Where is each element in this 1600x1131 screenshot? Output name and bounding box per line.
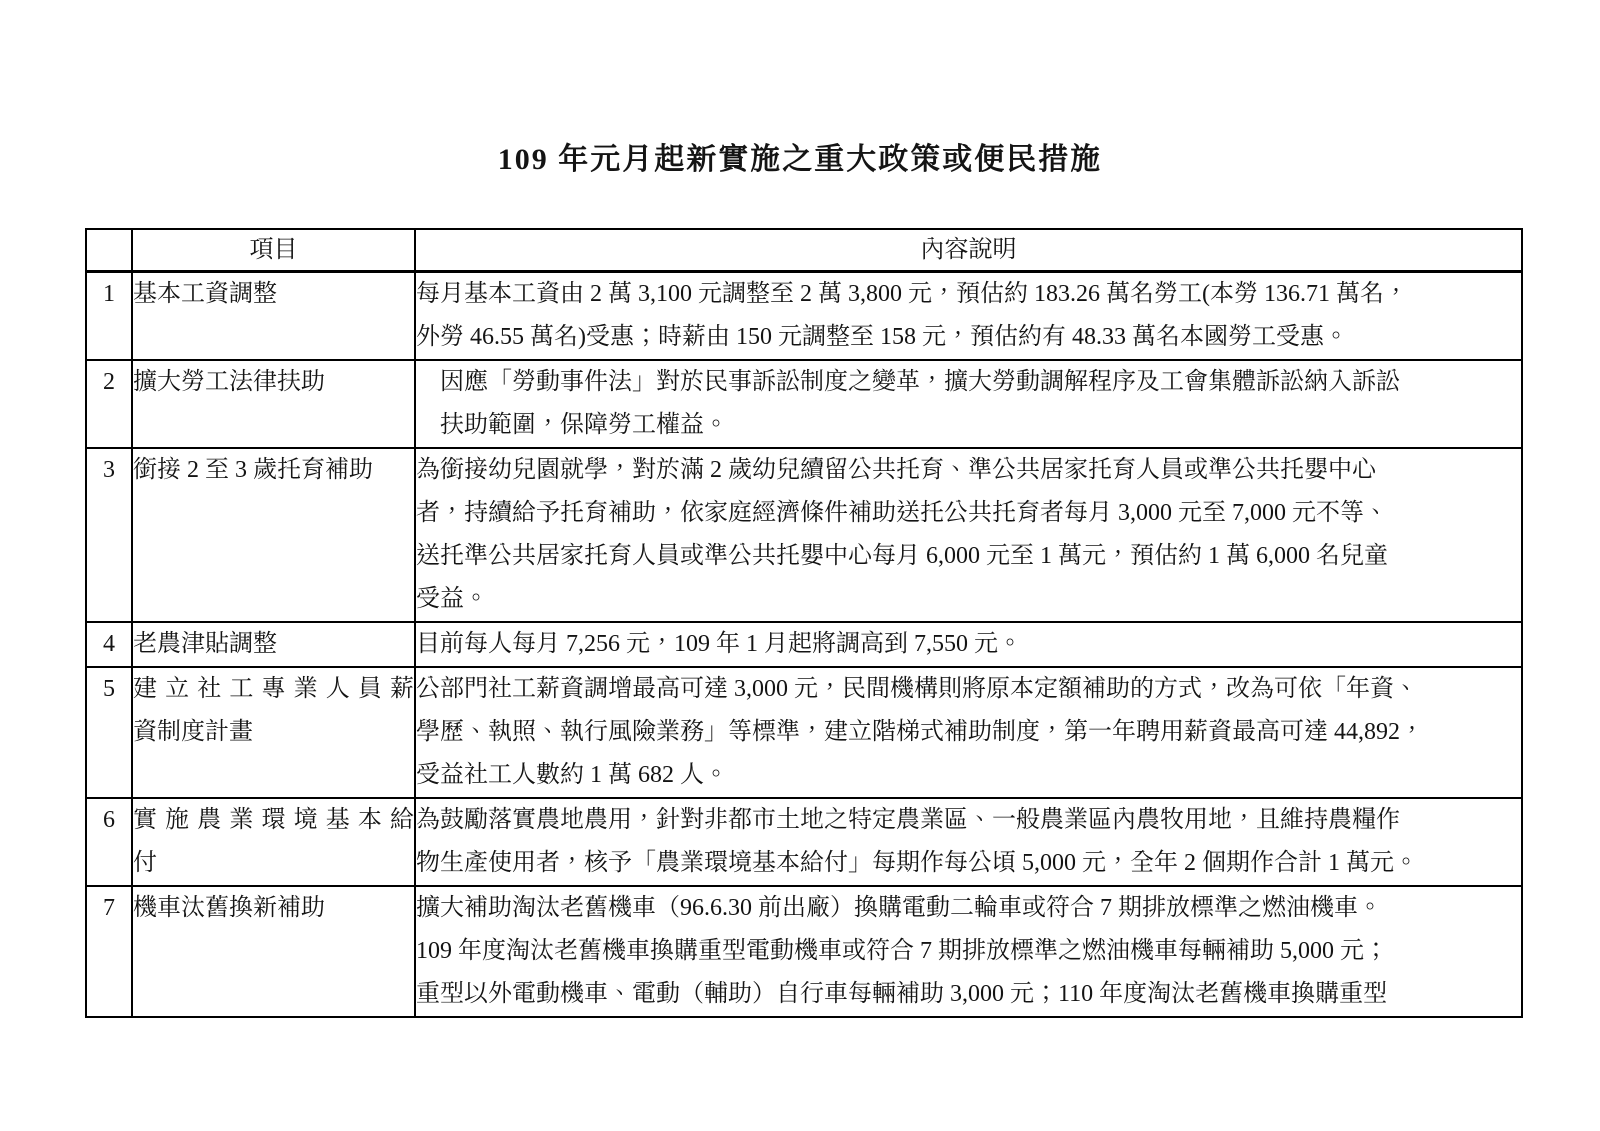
content-cell: 因應「勞動事件法」對於民事訴訟制度之變革，擴大勞動調解程序及工會集體訴訟納入訴訟…	[415, 360, 1522, 448]
item-line: 銜接 2 至 3 歲托育補助	[133, 449, 414, 492]
content-cell: 公部門社工薪資調增最高可達 3,000 元，民間機構則將原本定額補助的方式，改為…	[415, 667, 1522, 798]
policy-table: 項目 內容說明 1 基本工資調整 每月基本工資由 2 萬 3,100 元調整至 …	[85, 228, 1523, 1018]
content-line: 為銜接幼兒園就學，對於滿 2 歲幼兒續留公共托育、準公共居家托育人員或準公共托嬰…	[416, 449, 1521, 492]
content-line: 送托準公共居家托育人員或準公共托嬰中心每月 6,000 元至 1 萬元，預估約 …	[416, 535, 1521, 578]
content-line: 受益社工人數約 1 萬 682 人。	[416, 754, 1521, 797]
table-row: 2 擴大勞工法律扶助 因應「勞動事件法」對於民事訴訟制度之變革，擴大勞動調解程序…	[86, 360, 1522, 448]
table-row: 1 基本工資調整 每月基本工資由 2 萬 3,100 元調整至 2 萬 3,80…	[86, 272, 1522, 361]
content-line: 目前每人每月 7,256 元，109 年 1 月起將調高到 7,550 元。	[416, 623, 1521, 666]
content-line: 物生產使用者，核予「農業環境基本給付」每期作每公頃 5,000 元，全年 2 個…	[416, 842, 1521, 885]
item-cell: 銜接 2 至 3 歲托育補助	[132, 448, 415, 622]
content-line: 外勞 46.55 萬名)受惠；時薪由 150 元調整至 158 元，預估約有 4…	[416, 316, 1521, 359]
row-number: 5	[86, 667, 132, 798]
content-line: 109 年度淘汰老舊機車換購重型電動機車或符合 7 期排放標準之燃油機車每輛補助…	[416, 930, 1521, 973]
content-line: 扶助範圍，保障勞工權益。	[416, 404, 1521, 447]
item-line: 建立社工專業人員薪	[133, 668, 414, 711]
content-cell: 目前每人每月 7,256 元，109 年 1 月起將調高到 7,550 元。	[415, 622, 1522, 667]
table-row: 4 老農津貼調整 目前每人每月 7,256 元，109 年 1 月起將調高到 7…	[86, 622, 1522, 667]
content-line: 每月基本工資由 2 萬 3,100 元調整至 2 萬 3,800 元，預估約 1…	[416, 273, 1521, 316]
content-line: 學歷、執照、執行風險業務」等標準，建立階梯式補助制度，第一年聘用薪資最高可達 4…	[416, 711, 1521, 754]
row-number: 6	[86, 798, 132, 886]
header-item-cell: 項目	[132, 229, 415, 272]
row-number: 2	[86, 360, 132, 448]
content-cell: 每月基本工資由 2 萬 3,100 元調整至 2 萬 3,800 元，預估約 1…	[415, 272, 1522, 361]
table-row: 3 銜接 2 至 3 歲托育補助 為銜接幼兒園就學，對於滿 2 歲幼兒續留公共托…	[86, 448, 1522, 622]
row-number: 1	[86, 272, 132, 361]
header-content-cell: 內容說明	[415, 229, 1522, 272]
content-line: 為鼓勵落實農地農用，針對非都市土地之特定農業區、一般農業區內農牧用地，且維持農糧…	[416, 799, 1521, 842]
content-cell: 為銜接幼兒園就學，對於滿 2 歲幼兒續留公共托育、準公共居家托育人員或準公共托嬰…	[415, 448, 1522, 622]
content-cell: 為鼓勵落實農地農用，針對非都市土地之特定農業區、一般農業區內農牧用地，且維持農糧…	[415, 798, 1522, 886]
document-page: 109 年元月起新實施之重大政策或便民措施 項目 內容說明 1 基本工資調整 每…	[0, 0, 1600, 1131]
content-line: 者，持續給予托育補助，依家庭經濟條件補助送托公共托育者每月 3,000 元至 7…	[416, 492, 1521, 535]
row-number: 3	[86, 448, 132, 622]
content-line: 擴大補助淘汰老舊機車（96.6.30 前出廠）換購電動二輪車或符合 7 期排放標…	[416, 887, 1521, 930]
content-line: 重型以外電動機車、電動（輔助）自行車每輛補助 3,000 元；110 年度淘汰老…	[416, 973, 1521, 1016]
content-line: 因應「勞動事件法」對於民事訴訟制度之變革，擴大勞動調解程序及工會集體訴訟納入訴訟	[416, 361, 1521, 404]
item-cell: 建立社工專業人員薪 資制度計畫	[132, 667, 415, 798]
item-line: 資制度計畫	[133, 711, 414, 754]
row-number: 4	[86, 622, 132, 667]
item-cell: 老農津貼調整	[132, 622, 415, 667]
content-line: 受益。	[416, 578, 1521, 621]
item-cell: 擴大勞工法律扶助	[132, 360, 415, 448]
item-line: 實施農業環境基本給	[133, 799, 414, 842]
table-row: 6 實施農業環境基本給 付 為鼓勵落實農地農用，針對非都市土地之特定農業區、一般…	[86, 798, 1522, 886]
content-cell: 擴大補助淘汰老舊機車（96.6.30 前出廠）換購電動二輪車或符合 7 期排放標…	[415, 886, 1522, 1017]
table-row: 5 建立社工專業人員薪 資制度計畫 公部門社工薪資調增最高可達 3,000 元，…	[86, 667, 1522, 798]
item-cell: 基本工資調整	[132, 272, 415, 361]
item-cell: 機車汰舊換新補助	[132, 886, 415, 1017]
item-line: 基本工資調整	[133, 273, 414, 316]
item-line: 機車汰舊換新補助	[133, 887, 414, 930]
page-title: 109 年元月起新實施之重大政策或便民措施	[0, 134, 1600, 178]
item-cell: 實施農業環境基本給 付	[132, 798, 415, 886]
item-line: 擴大勞工法律扶助	[133, 361, 414, 404]
item-line: 老農津貼調整	[133, 623, 414, 666]
table-row: 7 機車汰舊換新補助 擴大補助淘汰老舊機車（96.6.30 前出廠）換購電動二輪…	[86, 886, 1522, 1017]
content-line: 公部門社工薪資調增最高可達 3,000 元，民間機構則將原本定額補助的方式，改為…	[416, 668, 1521, 711]
header-no-cell	[86, 229, 132, 272]
item-line: 付	[133, 842, 414, 885]
table-header-row: 項目 內容說明	[86, 229, 1522, 272]
row-number: 7	[86, 886, 132, 1017]
